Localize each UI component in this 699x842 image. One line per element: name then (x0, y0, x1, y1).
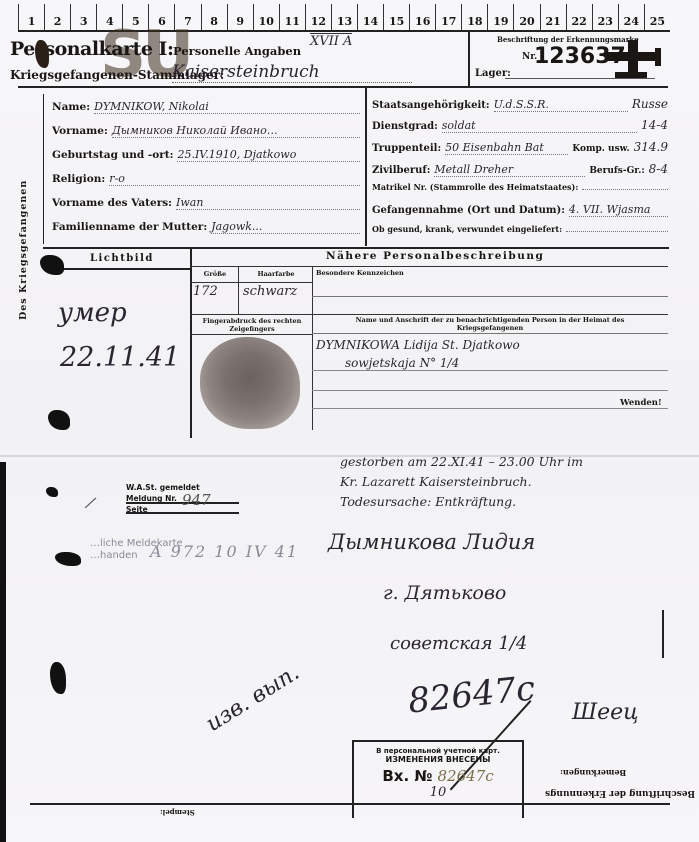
death-note-line: Todesursache: Entkräftung. (340, 492, 690, 512)
ruler-cell: 17 (435, 4, 461, 30)
punch-hole (50, 662, 66, 694)
field-label: Vorname: (52, 125, 108, 137)
fingerabdruck-label: Fingerabdruck des rechten Zeigefingers (192, 317, 312, 333)
ruler-cell: 20 (513, 4, 539, 30)
stamp-num-value: 82647с (438, 767, 494, 785)
header-rule (18, 86, 668, 88)
grid-line (312, 370, 668, 371)
photo-note-word: умер (58, 298, 127, 328)
footer-rule (30, 803, 670, 805)
grid-line (312, 267, 313, 430)
ruler-cell: 16 (409, 4, 435, 30)
person-field-right: Gefangennahme (Ort und Datum): 4. VII. W… (372, 203, 668, 217)
groesse-label: Größe (192, 270, 238, 278)
grid-line (190, 282, 312, 283)
ruler-cell: 2 (44, 4, 70, 30)
field-value: 50 Eisenbahn Bat (445, 141, 568, 155)
person-field-left: Name: DYMNIKOW, Nikolai (52, 100, 360, 114)
ruler-cell: 10 (253, 4, 279, 30)
person-field-left: Vorname: Дымников Николай Ивано… (52, 124, 360, 138)
field-label: Dienstgrad: (372, 121, 438, 132)
groesse-value: 172 (193, 284, 218, 299)
field-value (582, 189, 668, 190)
field-value: U.d.S.S.R. (494, 98, 628, 112)
punch-hole (40, 255, 64, 275)
stempel-label: Stempel: (160, 808, 195, 817)
person-field-right: Staatsangehörigkeit: U.d.S.S.R.Russe (372, 97, 668, 112)
grid-line (312, 408, 668, 409)
ruler-cell: 23 (592, 4, 618, 30)
field-extra: Russe (632, 97, 668, 111)
signature: Шеец (572, 700, 639, 725)
grid-line (312, 333, 668, 334)
person-field-left: Geburtstag und -ort: 25.IV.1910, Djatkow… (52, 148, 360, 162)
lichtbild-rule (43, 268, 190, 270)
ruler-cell: 1 (18, 4, 44, 30)
lichtbild-label: Lichtbild (90, 253, 154, 264)
field-value: soldat (442, 119, 637, 133)
person-field-right: Dienstgrad: soldat14-4 (372, 118, 668, 133)
wenden-label: Wenden! (620, 398, 662, 408)
personalkarte-document: 1234567891011121314151617181920212223242… (0, 0, 699, 842)
ruler-cell: 8 (201, 4, 227, 30)
person-field-right: Zivilberuf: Metall DreherBerufs-Gr.:8-4 (372, 162, 668, 177)
margin-mark (662, 610, 664, 658)
field-value (566, 231, 668, 232)
field-label: Name: (52, 101, 90, 113)
ruler-cell: 14 (357, 4, 383, 30)
ruler-cell: 15 (383, 4, 409, 30)
ru-street: советская 1/4 (390, 633, 527, 654)
field-label: Matrikel Nr. (Stammrolle des Heimatstaat… (372, 182, 578, 192)
field-label: Vorname des Vaters: (52, 197, 172, 209)
photo-note-date: 22.11.41 (60, 342, 180, 373)
haarfarbe-label: Haarfarbe (240, 270, 312, 278)
grid-line (312, 390, 668, 391)
field-label: Ob gesund, krank, verwundet eingeliefert… (372, 224, 562, 234)
field-label: Geburtstag und -ort: (52, 149, 173, 161)
scan-edge (0, 462, 6, 842)
ruler-cell: 9 (227, 4, 253, 30)
stamp-num-label: Вх. № (382, 767, 432, 785)
erkennungsmarke-label: Beschriftung der Erkennungsmarke (497, 35, 639, 44)
field-label: Religion: (52, 173, 105, 185)
header-divider (468, 32, 470, 88)
death-note: gestorben am 22.XI.41 – 23.00 Uhr imKr. … (340, 452, 690, 512)
field-value: DYMNIKOW, Nikolai (94, 100, 360, 114)
ruler-cell: 22 (566, 4, 592, 30)
fingerprint-image (200, 337, 300, 429)
field-value: 25.IV.1910, Djatkowo (177, 148, 360, 162)
punch-hole (46, 487, 58, 497)
grid-line (312, 296, 668, 297)
field-label: Zivilberuf: (372, 165, 430, 176)
field-mid-label: Berufs-Gr.: (589, 166, 644, 176)
person-field-right: Truppenteil: 50 Eisenbahn BatKomp. usw.3… (372, 140, 668, 155)
faded-number: A 972 10 IV 41 (150, 542, 299, 561)
field-extra: 8-4 (649, 162, 668, 176)
punch-hole (35, 40, 49, 68)
cross-stamp-icon (615, 72, 647, 78)
meldung-number: 947 (182, 491, 211, 509)
wast-underline (126, 512, 239, 514)
slash-mark: / (85, 493, 97, 513)
angehoerige-line1: DYMNIKOWA Lidija St. Djatkowo (316, 338, 520, 352)
field-label: Truppenteil: (372, 143, 441, 154)
ruler-cell: 11 (279, 4, 305, 30)
field-value: Metall Dreher (434, 163, 585, 177)
death-note-line: gestorben am 22.XI.41 – 23.00 Uhr im (340, 452, 690, 472)
punch-hole (48, 410, 70, 430)
ru-name: Дымникова Лидия (328, 530, 535, 554)
grid-line (238, 267, 239, 315)
ruler-cell: 19 (487, 4, 513, 30)
field-value: r-o (109, 172, 360, 186)
soviet-stamp: В персональной учетной карт. ИЗМЕНЕНИЯ В… (352, 740, 524, 818)
angehoerige-label: Name und Anschrift der zu benachrichtige… (330, 316, 650, 332)
death-note-line: Kr. Lazarett Kaisersteinbruch. (340, 472, 690, 492)
stamp-sub-value: 10 (359, 785, 517, 800)
person-field-left: Religion: r-o (52, 172, 360, 186)
ruler-cell: 21 (540, 4, 566, 30)
ru-place: г. Дятьково (383, 582, 506, 604)
haarfarbe-value: schwarz (243, 284, 297, 299)
punch-hole (55, 552, 81, 566)
ruler-cell: 13 (331, 4, 357, 30)
field-value: Iwan (176, 196, 360, 210)
ruler-cell: 25 (644, 4, 670, 30)
cross-stamp-icon (628, 40, 638, 74)
field-extra: 314.9 (634, 140, 668, 154)
ru-izv: изв. вып. (202, 660, 304, 737)
side-label: Des Kriegsgefangenen (18, 160, 29, 320)
person-field-left: Vorname des Vaters: Iwan (52, 196, 360, 210)
field-value: Jagowk... (211, 220, 360, 234)
stamp-line1: В персональной учетной карт. (359, 747, 517, 755)
field-mid-label: Komp. usw. (572, 144, 629, 154)
bemerkungen-label: Bemerkungen: (560, 768, 626, 778)
upside-erkennungs-label: Beschriftung der Erkennungs (545, 788, 695, 798)
field-label: Familienname der Mutter: (52, 221, 207, 233)
person-field-right: Ob gesund, krank, verwundet eingeliefert… (372, 224, 668, 234)
field-value: 4. VII. Wjasma (569, 203, 668, 217)
description-rule (190, 266, 668, 267)
grid-line (190, 314, 668, 315)
ruler-cell: 3 (70, 4, 96, 30)
lager-line (505, 78, 655, 79)
ruler-cell: 24 (618, 4, 644, 30)
field-label: Gefangennahme (Ort und Datum): (372, 205, 565, 216)
ruler-cell: 12 (305, 4, 331, 30)
ruler-cell: 18 (461, 4, 487, 30)
person-field-right: Matrikel Nr. (Stammrolle des Heimatstaat… (372, 182, 668, 192)
cross-stamp-icon (655, 48, 661, 66)
card-subtitle: Personelle Angaben (173, 44, 301, 58)
angehoerige-line2: sowjetskaja N° 1/4 (345, 356, 459, 370)
grid-line (190, 334, 312, 335)
stamp-line2: ИЗМЕНЕНИЯ ВНЕСЕНЫ (359, 755, 517, 764)
stalag-number: XVII A (310, 33, 352, 49)
field-label: Staatsangehörigkeit: (372, 100, 490, 111)
stammlager-value: Kaisersteinbruch (172, 62, 412, 83)
field-value: Дымников Николай Ивано… (112, 124, 360, 138)
kennzeichen-label: Besondere Kennzeichen (316, 269, 404, 277)
field-extra: 14-4 (641, 118, 668, 132)
section-rule (43, 247, 669, 249)
person-divider (365, 88, 367, 246)
person-field-left: Familienname der Mutter: Jagowk... (52, 220, 360, 234)
section-title: Nähere Personalbeschreibung (326, 250, 544, 262)
